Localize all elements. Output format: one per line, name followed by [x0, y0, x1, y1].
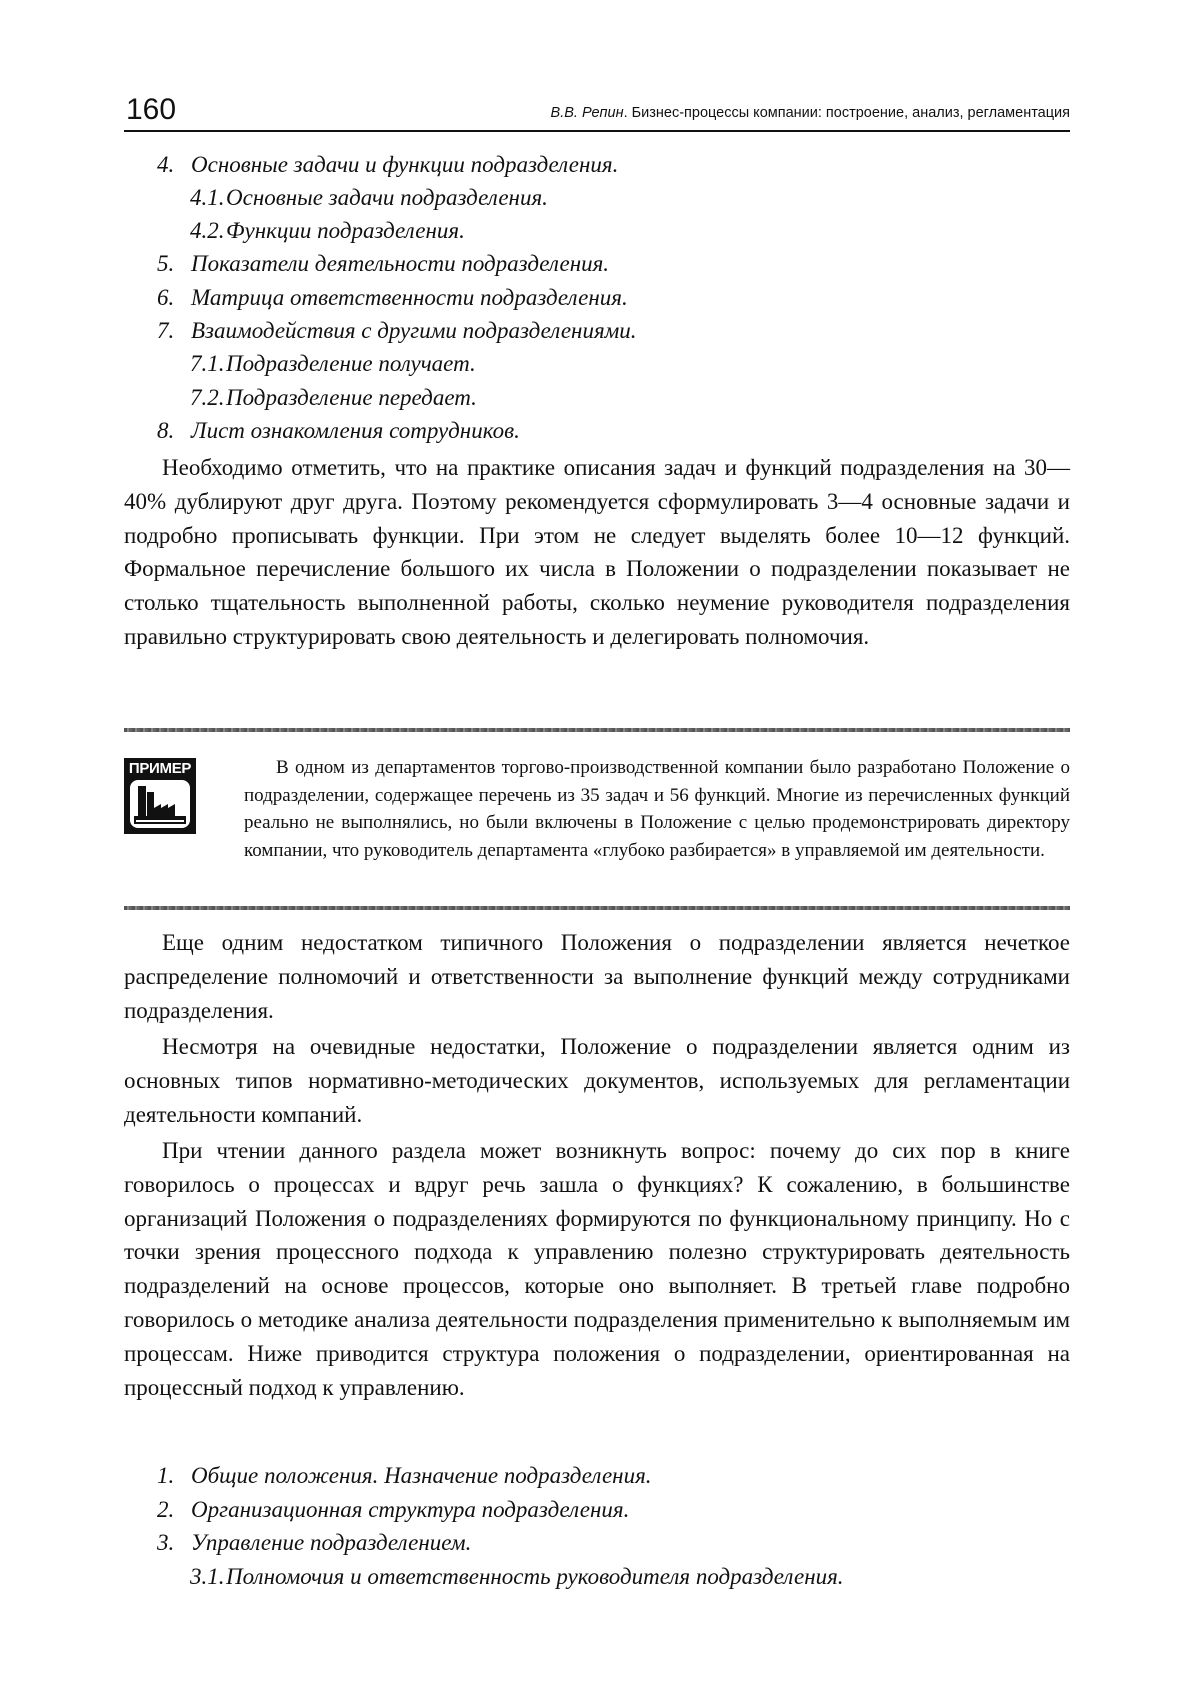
factory-icon: [130, 780, 190, 828]
author-name: В.В. Репин: [551, 105, 624, 121]
page-number: 160: [126, 94, 176, 126]
example-bottom-divider: [124, 906, 1070, 910]
body-paragraph: Несмотря на очевидные недостатки, Положе…: [124, 1030, 1070, 1131]
list-item: 7.1.Подразделение получает.: [190, 350, 476, 378]
running-header: 160 В.В. Репин. Бизнес-процессы компании…: [124, 92, 1070, 132]
list-item: 4.1.Основные задачи подразделения.: [190, 184, 548, 212]
list-item: 7.Взаимодействия с другими подразделения…: [157, 317, 637, 345]
example-badge: ПРИМЕР: [124, 758, 196, 834]
list-item: 3.1.Полномочия и ответственность руковод…: [190, 1563, 844, 1591]
book-page: 160 В.В. Репин. Бизнес-процессы компании…: [0, 0, 1190, 1684]
body-paragraph: Необходимо отметить, что на практике опи…: [124, 451, 1070, 654]
book-title: . Бизнес-процессы компании: построение, …: [624, 105, 1070, 121]
example-text: В одном из департаментов торгово-произво…: [244, 754, 1070, 864]
list-item: 6.Матрица ответственности подразделения.: [157, 284, 628, 312]
example-box: ПРИМЕР В одном из департаментов торгово-…: [124, 748, 1070, 896]
list-item: 7.2.Подразделение передает.: [190, 384, 477, 412]
list-item: 1.Общие положения. Назначение подразделе…: [157, 1462, 652, 1490]
body-paragraph: Еще одним недостатком типичного Положени…: [124, 926, 1070, 1027]
list-item: 4.Основные задачи и функции подразделени…: [157, 151, 618, 179]
example-top-divider: [124, 728, 1070, 732]
example-label: ПРИМЕР: [124, 760, 196, 777]
body-paragraph: При чтении данного раздела может возникн…: [124, 1134, 1070, 1404]
running-title: В.В. Репин. Бизнес-процессы компании: по…: [551, 104, 1070, 122]
list-item: 4.2.Функции подразделения.: [190, 217, 465, 245]
list-item: 2.Организационная структура подразделени…: [157, 1496, 629, 1524]
list-item: 5.Показатели деятельности подразделения.: [157, 250, 609, 278]
list-item: 8.Лист ознакомления сотрудников.: [157, 417, 520, 445]
list-item: 3.Управление подразделением.: [157, 1529, 471, 1557]
